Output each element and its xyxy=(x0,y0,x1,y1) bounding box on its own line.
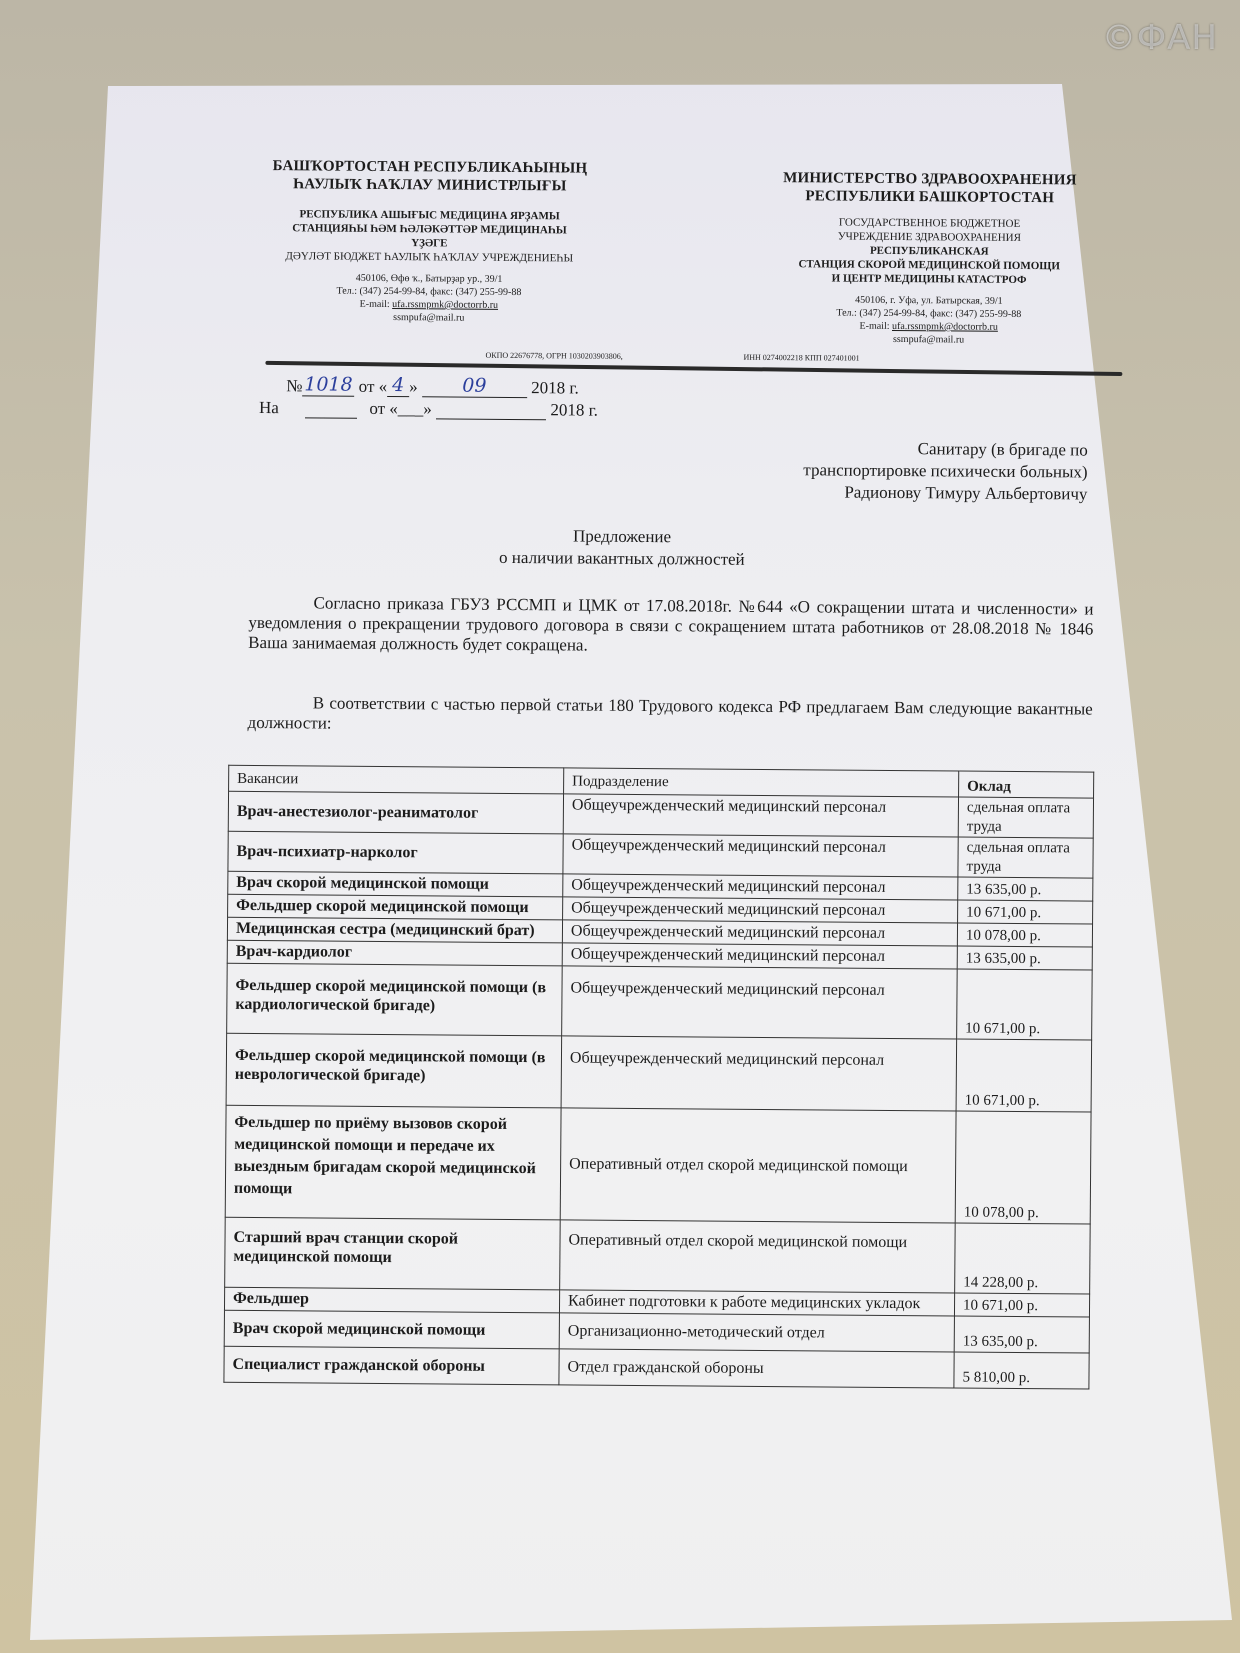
cell-salary: 10 078,00 р. xyxy=(955,1111,1091,1224)
table-row: Фельдшер по приёму вызовов скорой медици… xyxy=(225,1105,1091,1224)
cell-salary: 10 671,00 р. xyxy=(956,1039,1092,1112)
letterhead-bashkir: БАШҠОРТОСТАН РЕСПУБЛИКАҺЫНЫҢ ҺАУЛЫҠ ҺАҠЛ… xyxy=(229,157,630,326)
header-vacancies: Вакансии xyxy=(229,765,564,794)
reply-label: На xyxy=(259,398,279,417)
cell-department: Общеучрежденческий медицинский персонал xyxy=(563,794,958,837)
cell-position: Фельдшер xyxy=(224,1287,559,1313)
close-quote: » xyxy=(409,377,418,396)
table-row: Врач-анестезиолог-реаниматолог Общеучреж… xyxy=(228,791,1093,838)
letterhead-right-email1[interactable]: ufa.rssmpmk@doctorrb.ru xyxy=(892,321,998,333)
cell-position: Медицинская сестра (медицинский брат) xyxy=(227,917,562,943)
registry-codes-right: ИНН 0274002218 КПП 027401001 xyxy=(743,353,859,363)
cell-department: Оперативный отдел скорой медицинской пом… xyxy=(560,1220,956,1293)
cell-position: Фельдшер скорой медицинской помощи (в ка… xyxy=(227,963,563,1036)
document-month: 09 xyxy=(422,374,527,398)
cell-position: Врач-психиатр-нарколог xyxy=(228,831,563,874)
cell-salary: 10 078,00 р. xyxy=(957,923,1092,947)
cell-salary: 13 635,00 р. xyxy=(958,877,1093,901)
cell-salary: 10 671,00 р. xyxy=(957,969,1093,1040)
cell-salary: 10 671,00 р. xyxy=(954,1293,1089,1317)
cell-position: Фельдшер скорой медицинской помощи (в не… xyxy=(226,1033,562,1108)
cell-department: Общеучрежденческий медицинский персонал xyxy=(561,1036,957,1111)
document-title: Предложение о наличии вакантных должност… xyxy=(2,521,1240,575)
registry-codes-left: ОКПО 22676778, ОГРН 1030203903806, xyxy=(485,351,622,361)
cell-department: Общеучрежденческий медицинский персонал xyxy=(562,943,957,969)
letterhead-right-line6: СТАНЦИЯ СКОРОЙ МЕДИЦИНСКОЙ ПОМОЩИ xyxy=(744,257,1114,274)
cell-position: Специалист гражданской обороны xyxy=(224,1346,559,1385)
reply-year: 2018 г. xyxy=(550,400,598,419)
letterhead-right-line7: И ЦЕНТР МЕДИЦИНЫ КАТАСТРОФ xyxy=(744,271,1114,288)
cell-department: Организационно-методический отдел xyxy=(559,1313,954,1352)
cell-position: Фельдшер скорой медицинской помощи xyxy=(228,894,563,920)
letterhead-left-email1[interactable]: ufa.rssmpmk@doctorrb.ru xyxy=(392,299,498,311)
reply-from: от «___» xyxy=(369,399,432,418)
header-salary: Оклад xyxy=(959,771,1094,798)
cell-department: Оперативный отдел скорой медицинской пом… xyxy=(560,1108,956,1223)
addressee-line1: Санитару (в бригаде по xyxy=(803,437,1087,461)
cell-salary: 5 810,00 р. xyxy=(954,1352,1089,1389)
letterhead-left-line1: БАШҠОРТОСТАН РЕСПУБЛИКАҺЫНЫҢ xyxy=(230,157,630,178)
letterhead-right-line2: РЕСПУБЛИКИ БАШКОРТОСТАН xyxy=(745,187,1115,208)
addressee-block: Санитару (в бригаде по транспортировке п… xyxy=(803,437,1088,505)
cell-department: Общеучрежденческий медицинский персонал xyxy=(563,834,958,877)
cell-salary: 13 635,00 р. xyxy=(954,1316,1089,1353)
cell-department: Общеучрежденческий медицинский персонал xyxy=(562,920,957,946)
cell-position: Врач-кардиолог xyxy=(227,940,562,966)
letterhead-right-line1: МИНИСТЕРСТВО ЗДРАВООХРАНЕНИЯ xyxy=(745,169,1115,190)
cell-department: Общеучрежденческий медицинский персонал xyxy=(563,897,958,923)
paragraph-offer: В соответствии с частью первой статьи 18… xyxy=(248,693,1093,740)
letterhead-left-email-label: E-mail: xyxy=(360,299,393,310)
cell-department: Общеучрежденческий медицинский персонал xyxy=(563,874,958,900)
cell-position: Врач скорой медицинской помощи xyxy=(228,871,563,897)
outgoing-reference: №1018 от «4» 09 2018 г. xyxy=(286,373,579,398)
table-row: Фельдшер скорой медицинской помощи (в ка… xyxy=(227,963,1093,1040)
cell-department: Общеучрежденческий медицинский персонал xyxy=(562,966,958,1039)
document-content: БАШҠОРТОСТАН РЕСПУБЛИКАҺЫНЫҢ ҺАУЛЫҠ ҺАҠЛ… xyxy=(0,0,1240,1653)
addressee-name: Радионову Тимуру Альбертовичу xyxy=(803,481,1087,505)
header-department: Подразделение xyxy=(564,768,959,797)
letterhead-russian: МИНИСТЕРСТВО ЗДРАВООХРАНЕНИЯ РЕСПУБЛИКИ … xyxy=(744,169,1115,348)
cell-salary: сдельная оплата труда xyxy=(958,837,1093,878)
incoming-reference: На от «___» 2018 г. xyxy=(259,397,598,421)
number-label: № xyxy=(286,376,302,395)
document-day: 4 xyxy=(387,374,409,397)
letterhead-left-line2: ҺАУЛЫҠ ҺАҠЛАУ МИНИСТРЛЫҒЫ xyxy=(230,175,630,196)
letterhead-left-email2[interactable]: ssmpufa@mail.ru xyxy=(229,310,629,326)
table-row: Старший врач станции скорой медицинской … xyxy=(225,1217,1091,1294)
from-label: от « xyxy=(359,377,388,396)
letterhead-right-email2[interactable]: ssmpufa@mail.ru xyxy=(744,332,1114,348)
cell-position: Старший врач станции скорой медицинской … xyxy=(225,1217,561,1290)
document-year: 2018 г. xyxy=(531,378,579,397)
table-row: Фельдшер скорой медицинской помощи (в не… xyxy=(226,1033,1092,1112)
document-number: 1018 xyxy=(302,373,354,396)
cell-salary: 14 228,00 р. xyxy=(955,1223,1091,1294)
cell-position: Врач-анестезиолог-реаниматолог xyxy=(228,791,563,834)
cell-department: Кабинет подготовки к работе медицинских … xyxy=(559,1290,954,1316)
cell-position: Врач скорой медицинской помощи xyxy=(224,1310,559,1349)
table-row: Врач-психиатр-нарколог Общеучрежденчески… xyxy=(228,831,1093,878)
cell-position: Фельдшер по приёму вызовов скорой медици… xyxy=(225,1105,561,1220)
letterhead-right-email-label: E-mail: xyxy=(859,321,892,332)
table-row: Специалист гражданской обороны Отдел гра… xyxy=(224,1346,1089,1389)
cell-salary: 10 671,00 р. xyxy=(958,900,1093,924)
paragraph-order-reference: Согласно приказа ГБУЗ РССМП и ЦМК от 17.… xyxy=(248,593,1093,660)
vacancies-table: Вакансии Подразделение Оклад Врач-анесте… xyxy=(223,765,1094,1390)
letterhead-left-line6: ДӘҮЛӘТ БЮДЖЕТ ҺАУЛЫҠ ҺАҠЛАУ УЧРЕЖДЕНИЕҺЫ xyxy=(229,249,629,266)
addressee-line2: транспортировке психически больных) xyxy=(803,459,1087,483)
cell-salary: сдельная оплата труда xyxy=(958,797,1093,838)
cell-department: Отдел гражданской обороны xyxy=(559,1349,954,1388)
cell-salary: 13 635,00 р. xyxy=(957,946,1092,970)
